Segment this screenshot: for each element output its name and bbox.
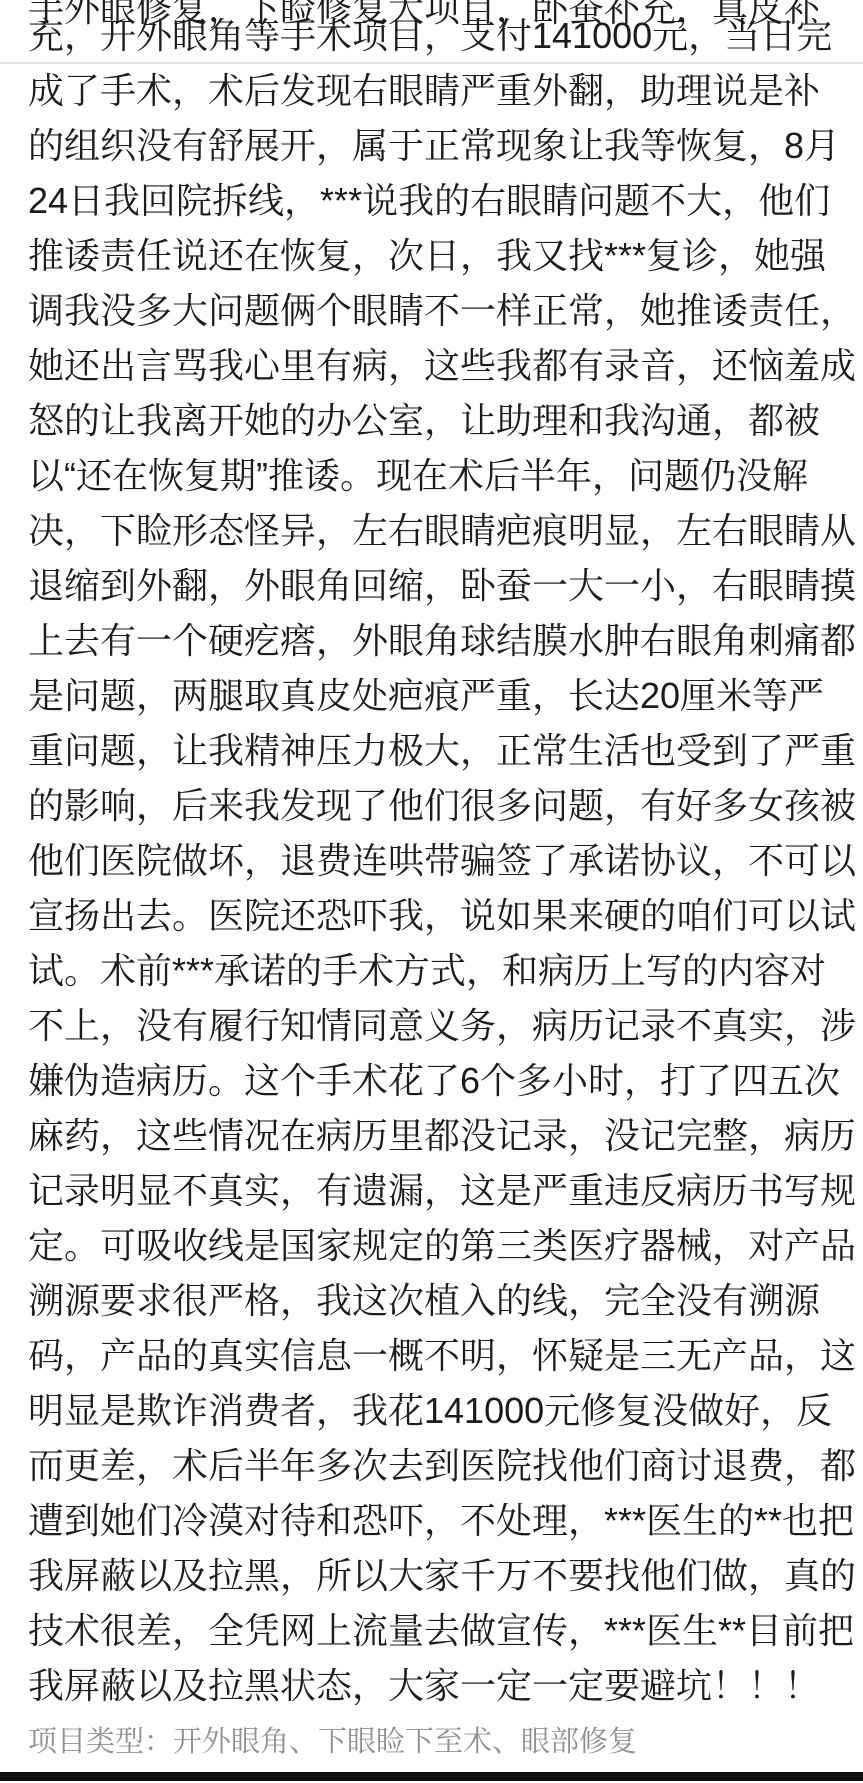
text-line: 退缩到外翻，外眼角回缩，卧蚕一大一小，右眼睛摸 [28, 558, 863, 613]
text-line: 他们医院做坏，退费连哄带骗签了承诺协议，不可以 [28, 833, 863, 888]
text-line: 24日我回院拆线，***说我的右眼睛问题不大，他们 [28, 173, 863, 228]
article-body: 充，开外眼角等手术项目，支付141000元，当日完成了手术，术后发现右眼睛严重外… [28, 8, 863, 1713]
text-line: 试。术前***承诺的手术方式，和病历上写的内容对 [28, 943, 863, 998]
text-line: 调我没多大问题俩个眼睛不一样正常，她推诿责任， [28, 283, 863, 338]
text-line: 她还出言骂我心里有病，这些我都有录音，还恼羞成 [28, 338, 863, 393]
text-line: 技术很差，全凭网上流量去做宣传，***医生**目前把 [28, 1603, 863, 1658]
text-line: 我屏蔽以及拉黑状态，大家一定一定要避坑！！！ [28, 1658, 863, 1713]
text-line: 遭到她们冷漠对待和恐吓，不处理，***医生的**也把 [28, 1493, 863, 1548]
text-line: 而更差，术后半年多次去到医院找他们商讨退费，都 [28, 1438, 863, 1493]
text-line: 推诿责任说还在恢复，次日，我又找***复诊，她强 [28, 228, 863, 283]
text-line: 的影响，后来我发现了他们很多问题，有好多女孩被 [28, 778, 863, 833]
text-line: 以“还在恢复期”推诿。现在术后半年，问题仍没解 [28, 448, 863, 503]
text-line: 的组织没有舒展开，属于正常现象让我等恢复，8月 [28, 118, 863, 173]
text-line: 充，开外眼角等手术项目，支付141000元，当日完 [28, 8, 863, 63]
footer-project-type: 项目类型：开外眼角、下眼睑下至术、眼部修复 [28, 1722, 637, 1762]
text-line: 我屏蔽以及拉黑，所以大家千万不要找他们做，真的 [28, 1548, 863, 1603]
text-line: 怒的让我离开她的办公室，让助理和我沟通，都被 [28, 393, 863, 448]
text-line: 麻药，这些情况在病历里都没记录，没记完整，病历 [28, 1108, 863, 1163]
text-line: 重问题，让我精神压力极大，正常生活也受到了严重 [28, 723, 863, 778]
text-line: 决，下睑形态怪异，左右眼睛疤痕明显，左右眼睛从 [28, 503, 863, 558]
text-line: 明显是欺诈消费者，我花141000元修复没做好，反 [28, 1383, 863, 1438]
bottom-bar [0, 1772, 863, 1781]
text-line: 成了手术，术后发现右眼睛严重外翻，助理说是补 [28, 63, 863, 118]
text-line: 记录明显不真实，有遗漏，这是严重违反病历书写规 [28, 1163, 863, 1218]
text-line: 宣扬出去。医院还恐吓我，说如果来硬的咱们可以试 [28, 888, 863, 943]
text-line: 嫌伪造病历。这个手术花了6个多小时，打了四五次 [28, 1053, 863, 1108]
text-line: 溯源要求很严格，我这次植入的线，完全没有溯源 [28, 1273, 863, 1328]
text-line: 上去有一个硬疙瘩，外眼角球结膜水肿右眼角刺痛都 [28, 613, 863, 668]
text-line: 是问题，两腿取真皮处疤痕严重，长达20厘米等严 [28, 668, 863, 723]
text-line: 不上，没有履行知情同意义务，病历记录不真实，涉 [28, 998, 863, 1053]
text-line: 码，产品的真实信息一概不明，怀疑是三无产品，这 [28, 1328, 863, 1383]
text-line: 定。可吸收线是国家规定的第三类医疗器械，对产品 [28, 1218, 863, 1273]
complaint-article-screen: 手外眼修复，下睑修复大项目，卧蚕补充，真皮补 充，开外眼角等手术项目，支付141… [0, 0, 863, 1783]
